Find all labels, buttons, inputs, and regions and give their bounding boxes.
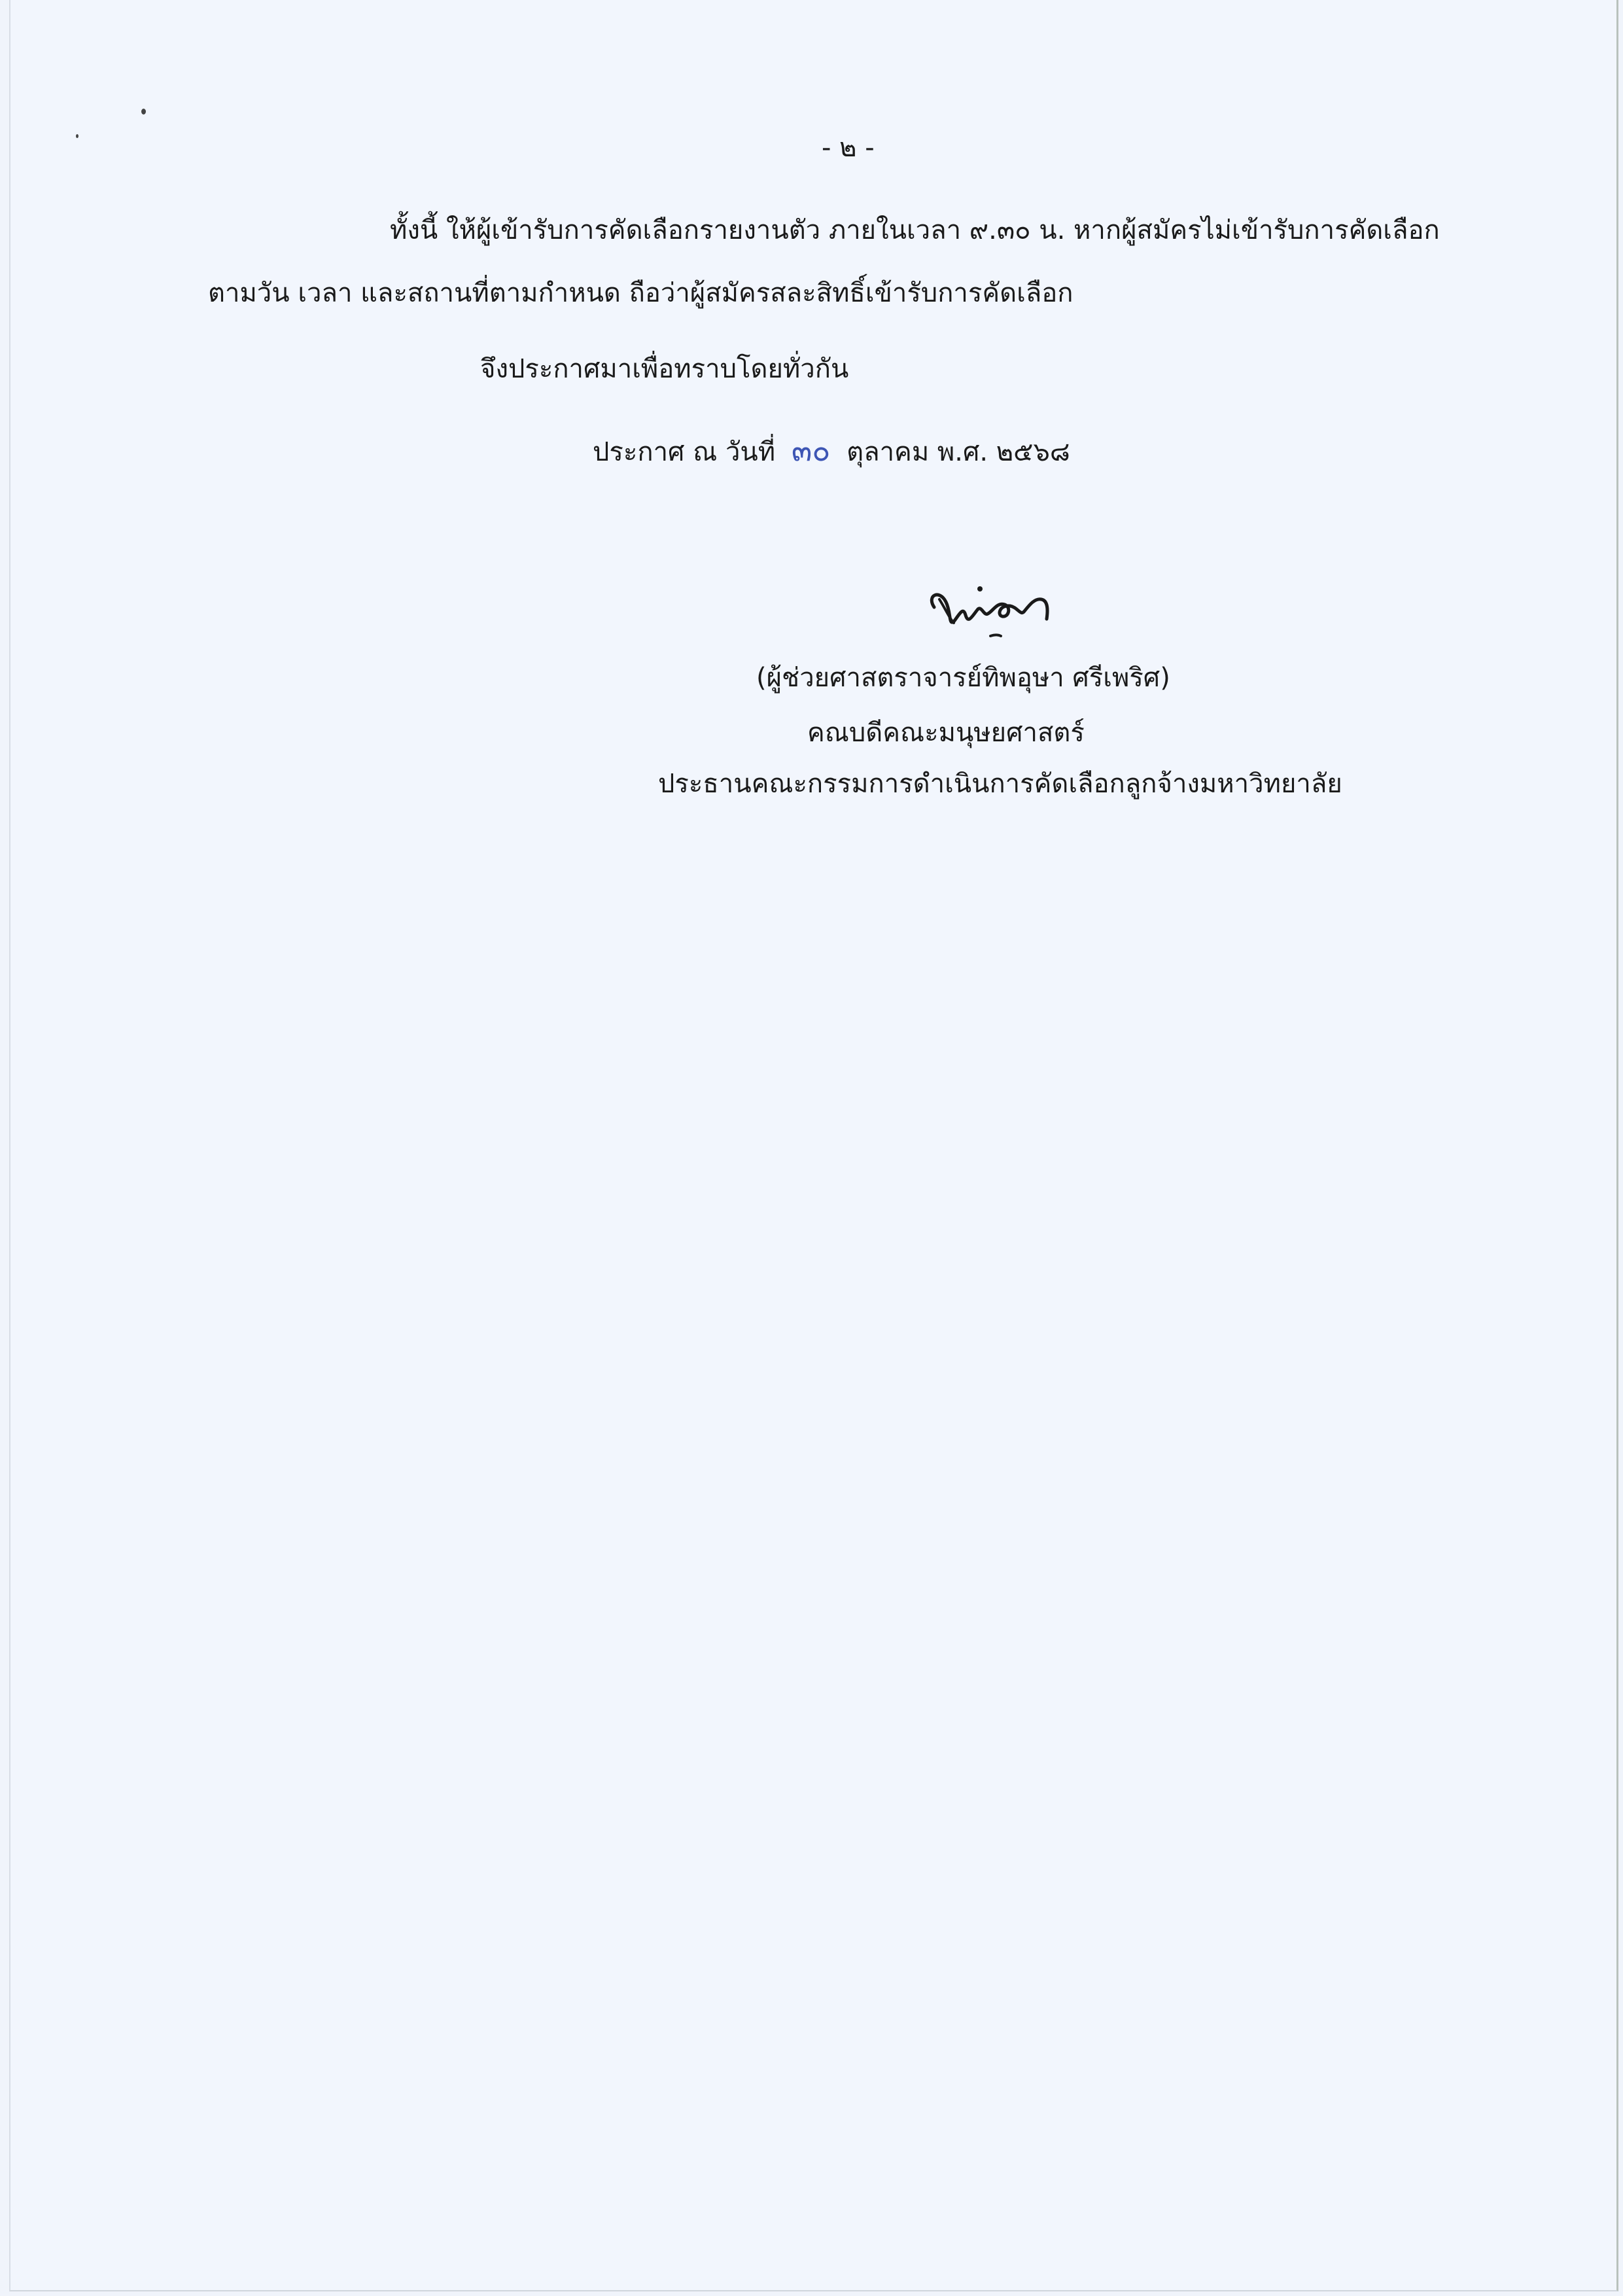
document-page: - ๒ - ทั้งนี้ ให้ผู้เข้ารับการคัดเลือกรา… (9, 0, 1618, 2291)
date-day-handwritten: ๓๐ (784, 433, 839, 468)
date-suffix: ตุลาคม พ.ศ. ๒๕๖๘ (846, 437, 1070, 467)
scan-speck (76, 134, 79, 138)
announcement-date: ประกาศ ณ วันที่ ๓๐ ตุลาคม พ.ศ. ๒๕๖๘ (593, 431, 1070, 472)
scan-speck (141, 109, 146, 115)
signatory-position-dean: คณบดีคณะมนุษยศาสตร์ (807, 713, 1085, 752)
page-number: - ๒ - (822, 128, 875, 168)
body-paragraph-1-line-2: ตามวัน เวลา และสถานที่ตามกำหนด ถือว่าผู้… (208, 274, 1073, 313)
date-prefix: ประกาศ ณ วันที่ (593, 437, 775, 467)
body-paragraph-2: จึงประกาศมาเพื่อทราบโดยทั่วกัน (480, 349, 848, 389)
body-paragraph-1-line-1: ทั้งนี้ ให้ผู้เข้ารับการคัดเลือกรายงานตั… (390, 211, 1440, 250)
signatory-name: (ผู้ช่วยศาสตราจารย์ทิพอุษา ศรีเพริศ) (756, 658, 1170, 698)
signature-icon (920, 576, 1090, 641)
signatory-position-committee-chair: ประธานคณะกรรมการดำเนินการคัดเลือกลูกจ้าง… (658, 764, 1342, 804)
